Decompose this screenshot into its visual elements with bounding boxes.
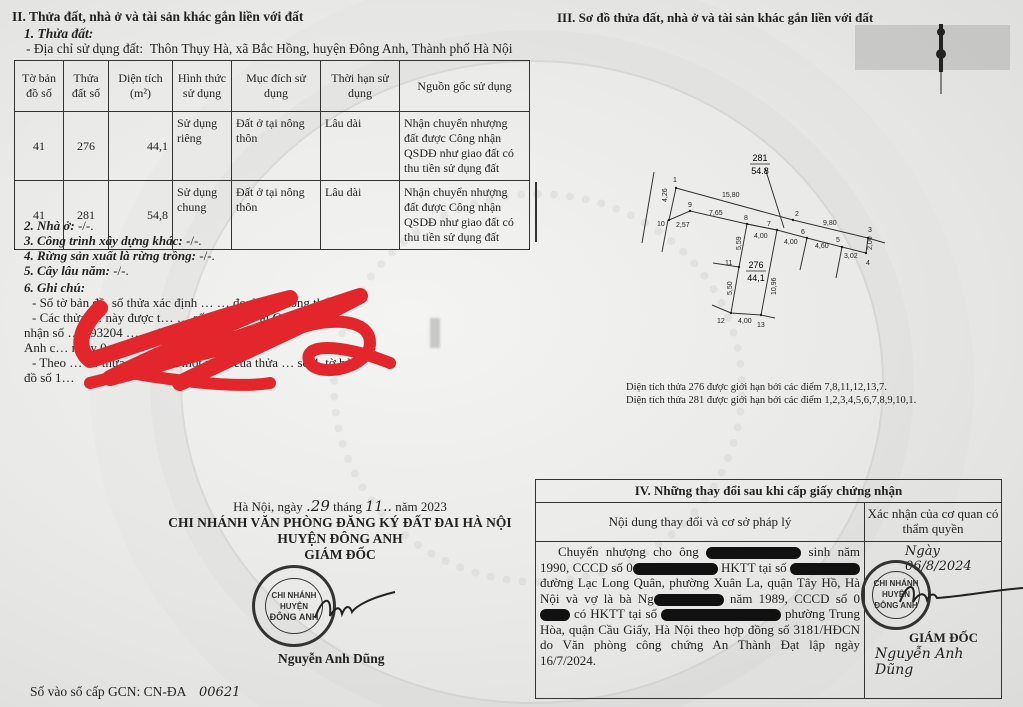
svg-text:4,00: 4,00 [784, 239, 798, 246]
issuer-signer-name: Nguyễn Anh Dũng [278, 651, 385, 667]
svg-text:54.8: 54.8 [751, 166, 769, 176]
cell-parcel-no: 276 [64, 112, 109, 181]
address-value: Thôn Thụy Hà, xã Bắc Hồng, huyện Đông An… [150, 41, 513, 56]
col-purpose: Mục đích sử dụng [232, 61, 321, 112]
svg-text:1: 1 [673, 177, 677, 184]
svg-text:4,00: 4,00 [754, 233, 768, 240]
section-iv-title: IV. Những thay đổi sau khi cấp giấy chứn… [536, 480, 1001, 503]
col-usage-form: Hình thức sử dụng [173, 61, 232, 112]
parcel-heading: 1. Thửa đất: [24, 26, 93, 42]
issuer-role: GIÁM ĐỐC [150, 547, 530, 563]
item-planted-forest: 4. Rừng sản xuất là rừng trồng: -/-. [24, 248, 462, 263]
col-origin: Nguồn gốc sử dụng [400, 61, 530, 112]
blurred-compass-area [855, 25, 1010, 70]
svg-text:5: 5 [836, 237, 840, 244]
svg-text:11: 11 [725, 260, 732, 267]
redacted-address [790, 563, 860, 575]
svg-text:9: 9 [688, 202, 692, 209]
redacted-name [706, 547, 801, 559]
north-arrow-icon [934, 22, 948, 97]
address-label: - Địa chỉ sử dụng đất: [26, 41, 143, 56]
svg-text:4,60: 4,60 [815, 243, 829, 250]
svg-text:2,57: 2,57 [676, 222, 690, 229]
cell-origin: Nhận chuyển nhượng đất được Công nhận QS… [400, 112, 530, 181]
handwritten-signature [895, 580, 1023, 610]
cell-purpose: Đất ở tại nông thôn [232, 112, 321, 181]
svg-text:281: 281 [752, 153, 767, 163]
handwritten-signature [310, 588, 400, 628]
svg-text:9,80: 9,80 [823, 220, 837, 227]
section-ii-title: II. Thửa đất, nhà ở và tài sản khác gắn … [12, 9, 303, 25]
col-change-content: Nội dung thay đổi và cơ sở pháp lý [536, 503, 865, 541]
item-perennial-trees: 5. Cây lâu năm: -/-. [24, 263, 462, 278]
change-content: Chuyển nhượng cho ông sinh năm 1990, CCC… [536, 542, 865, 698]
issuer-org-line1: CHI NHÁNH VĂN PHÒNG ĐĂNG KÝ ĐẤT ĐAI HÀ N… [150, 515, 530, 531]
caption-parcel-276: Diện tích thửa 276 được giới hạn bởi các… [626, 381, 916, 394]
svg-text:10,96: 10,96 [771, 277, 778, 295]
svg-text:3,02: 3,02 [844, 253, 858, 260]
item-other-construction: 3. Công trình xây dựng khác: -/-. [24, 233, 462, 248]
red-scribble-redaction [70, 288, 440, 398]
svg-text:7,65: 7,65 [709, 210, 723, 217]
svg-text:5,50: 5,50 [727, 281, 734, 295]
frame-edge [535, 182, 537, 242]
authority-signer: Nguyễn Anh Dũng [875, 646, 1001, 678]
redacted-id [540, 609, 570, 621]
section-iii-title: III. Sơ đồ thửa đất, nhà ở và tài sản kh… [557, 10, 873, 26]
redacted-address [661, 609, 781, 621]
authority-role: GIÁM ĐỐC [909, 630, 978, 646]
svg-text:8: 8 [744, 215, 748, 222]
changes-row: Chuyển nhượng cho ông sinh năm 1990, CCC… [536, 542, 1001, 698]
changes-after-issuance-table: IV. Những thay đổi sau khi cấp giấy chứn… [535, 479, 1002, 699]
col-duration: Thời hạn sử dụng [321, 61, 400, 112]
cell-duration: Lâu dài [321, 112, 400, 181]
issue-date: Hà Nội, ngày .29 tháng 11.. năm 2023 [150, 497, 530, 515]
cell-area: 44,1 [109, 112, 173, 181]
blurred-patch [430, 318, 440, 348]
land-plot-diagram: 1234567891011121315,809,802,003,024,604,… [640, 150, 890, 330]
svg-text:5,59: 5,59 [736, 236, 743, 250]
authority-confirmation: Ngày 06/8/2024 CHI NHÁNH HUYỆN ĐÔNG ANH … [865, 542, 1001, 698]
address-line: - Địa chỉ sử dụng đất: Thôn Thụy Hà, xã … [26, 41, 513, 57]
redacted-id [633, 563, 718, 575]
col-authority-confirmation: Xác nhận của cơ quan có thẩm quyền [865, 503, 1001, 541]
diagram-caption: Diện tích thửa 276 được giới hạn bởi các… [626, 381, 916, 407]
svg-text:15,80: 15,80 [722, 192, 740, 199]
svg-text:4,26: 4,26 [662, 188, 669, 202]
svg-text:13: 13 [757, 322, 765, 329]
col-area: Diện tích (m²) [109, 61, 173, 112]
caption-parcel-281: Diện tích thửa 281 được giới hạn bởi các… [626, 394, 916, 407]
svg-text:2: 2 [795, 211, 799, 218]
svg-text:276: 276 [748, 260, 763, 270]
svg-text:7: 7 [767, 221, 771, 228]
col-parcel-no: Thửa đất số [64, 61, 109, 112]
svg-text:2,00: 2,00 [867, 236, 874, 250]
svg-text:6: 6 [801, 229, 805, 236]
table-header-row: Tờ bản đồ số Thửa đất số Diện tích (m²) … [15, 61, 530, 112]
svg-text:10: 10 [657, 221, 665, 228]
issuer-org-line2: HUYỆN ĐÔNG ANH [150, 531, 530, 547]
item-house: 2. Nhà ở: -/-. [24, 218, 462, 233]
redacted-name [654, 594, 724, 606]
cell-usage-form: Sử dụng riêng [173, 112, 232, 181]
svg-text:4,00: 4,00 [738, 318, 752, 325]
svg-text:44,1: 44,1 [747, 273, 765, 283]
col-map-sheet: Tờ bản đồ số [15, 61, 64, 112]
registry-number: Số vào sổ cấp GCN: CN-ĐA 00621 [30, 684, 240, 700]
changes-header-row: Nội dung thay đổi và cơ sở pháp lý Xác n… [536, 503, 1001, 542]
cell-map-sheet: 41 [15, 112, 64, 181]
svg-text:3: 3 [868, 227, 872, 234]
issuer-signature-block: Hà Nội, ngày .29 tháng 11.. năm 2023 CHI… [150, 497, 530, 563]
svg-text:4: 4 [866, 260, 870, 267]
svg-text:12: 12 [717, 318, 725, 325]
table-row: 41 276 44,1 Sử dụng riêng Đất ở tại nông… [15, 112, 530, 181]
